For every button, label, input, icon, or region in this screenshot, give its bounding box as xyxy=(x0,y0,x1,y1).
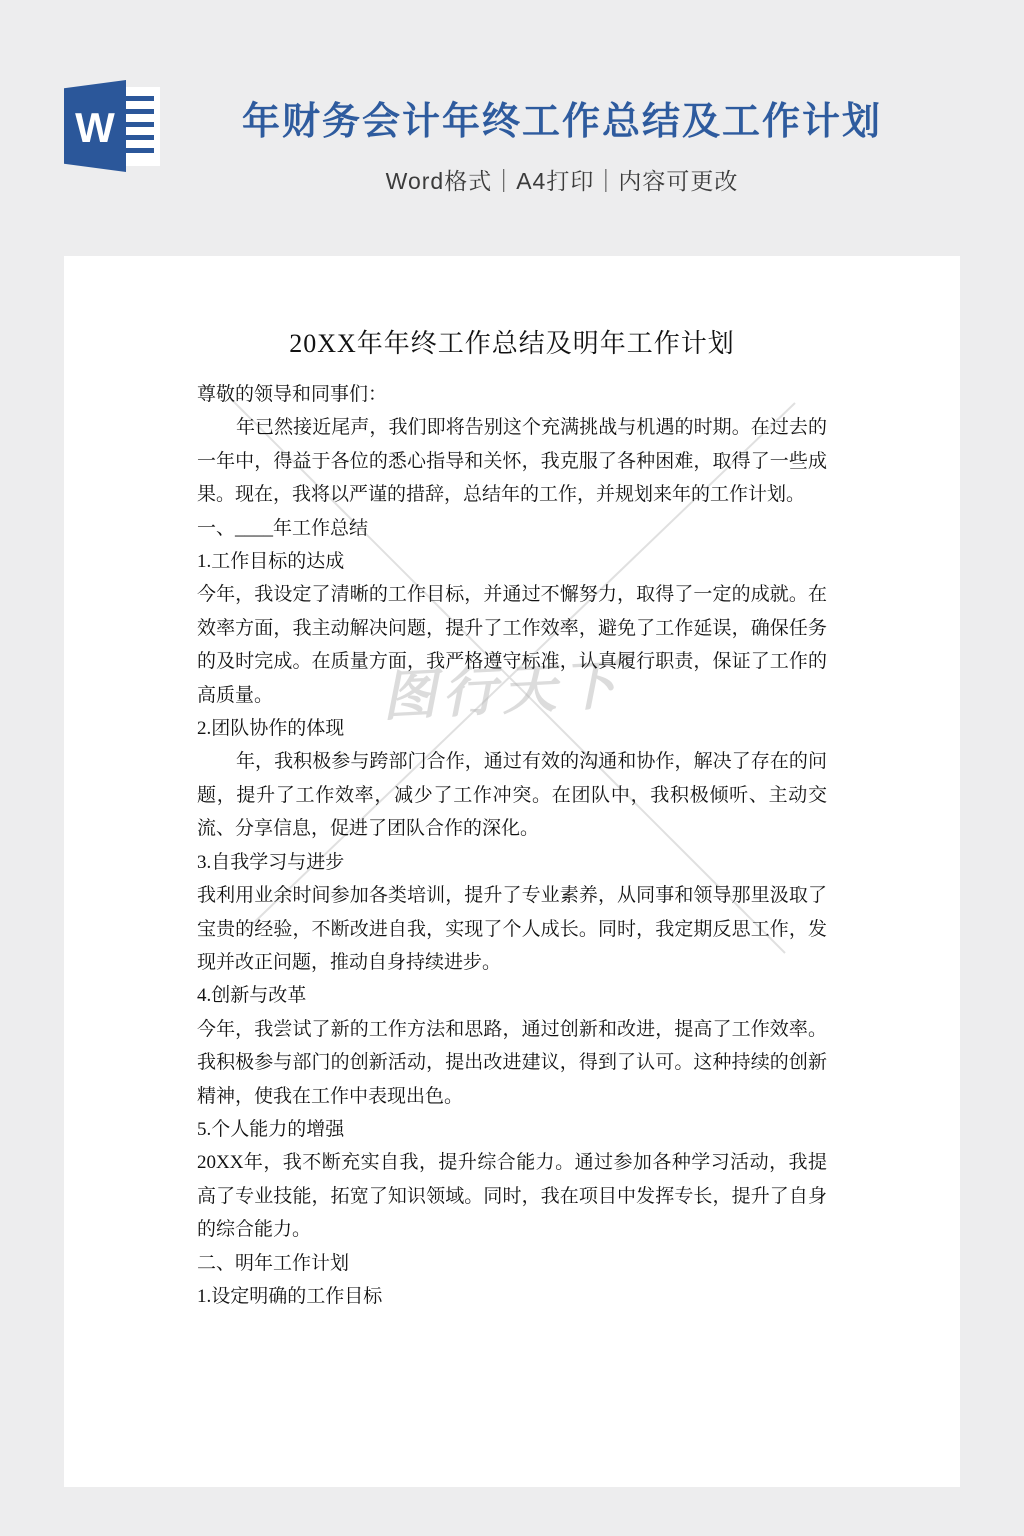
paragraph: 20XX年，我不断充实自我，提升综合能力。通过参加各种学习活动，我提高了专业技能… xyxy=(197,1146,827,1246)
template-title: 年财务会计年终工作总结及工作计划 xyxy=(100,90,1024,145)
paragraph: 1.设定明确的工作目标 xyxy=(197,1280,827,1313)
paragraph: 1.工作目标的达成 xyxy=(197,545,827,578)
template-subtitle: Word格式｜A4打印｜内容可更改 xyxy=(100,163,1024,196)
paragraph: 2.团队协作的体现 xyxy=(197,712,827,745)
page-canvas: W 年财务会计年终工作总结及工作计划 Word格式｜A4打印｜内容可更改 图行天… xyxy=(0,0,1024,1536)
paragraph: 二、明年工作计划 xyxy=(197,1247,827,1280)
paragraph: 3.自我学习与进步 xyxy=(197,846,827,879)
document-body: 尊敬的领导和同事们：年已然接近尾声，我们即将告别这个充满挑战与机遇的时期。在过去… xyxy=(197,378,827,1313)
header: W 年财务会计年终工作总结及工作计划 Word格式｜A4打印｜内容可更改 xyxy=(0,0,1024,256)
paragraph: 年，我积极参与跨部门合作，通过有效的沟通和协作，解决了存在的问题，提升了工作效率… xyxy=(197,745,827,845)
paragraph: 年已然接近尾声，我们即将告别这个充满挑战与机遇的时期。在过去的一年中，得益于各位… xyxy=(197,411,827,511)
header-text-block: 年财务会计年终工作总结及工作计划 Word格式｜A4打印｜内容可更改 xyxy=(100,0,1024,88)
paragraph: 我利用业余时间参加各类培训，提升了专业素养，从同事和领导那里汲取了宝贵的经验，不… xyxy=(197,879,827,979)
document-page: 图行天下 20XX年年终工作总结及明年工作计划 尊敬的领导和同事们：年已然接近尾… xyxy=(64,256,960,1487)
paragraph: 今年，我尝试了新的工作方法和思路，通过创新和改进，提高了工作效率。我积极参与部门… xyxy=(197,1013,827,1113)
paragraph: 今年，我设定了清晰的工作目标，并通过不懈努力，取得了一定的成就。在效率方面，我主… xyxy=(197,578,827,712)
document-content: 20XX年年终工作总结及明年工作计划 尊敬的领导和同事们：年已然接近尾声，我们即… xyxy=(64,256,960,1313)
paragraph: 5.个人能力的增强 xyxy=(197,1113,827,1146)
paragraph: 4.创新与改革 xyxy=(197,979,827,1012)
document-title: 20XX年年终工作总结及明年工作计划 xyxy=(197,320,827,368)
paragraph: 尊敬的领导和同事们： xyxy=(197,378,827,411)
paragraph: 一、____年工作总结 xyxy=(197,512,827,545)
